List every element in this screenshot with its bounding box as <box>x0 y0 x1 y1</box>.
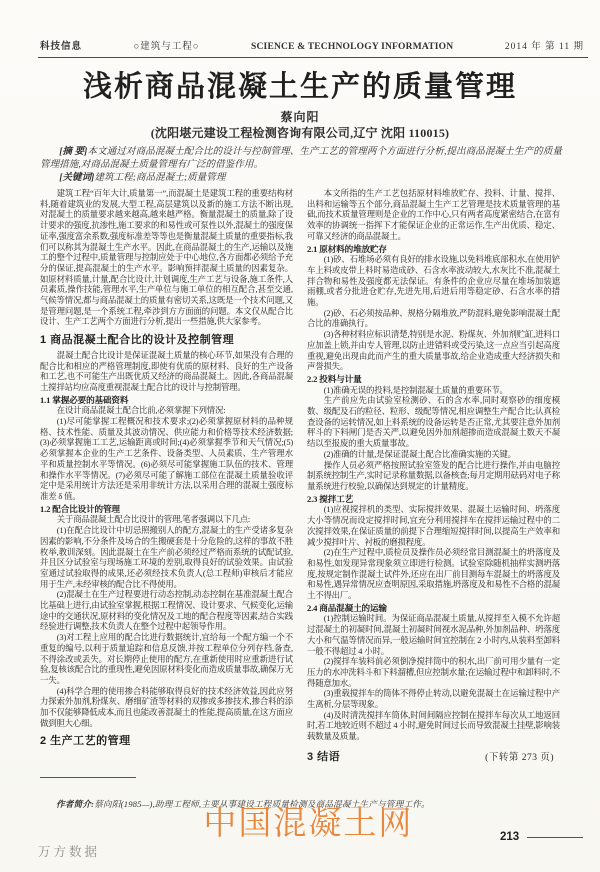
conclusion-row: 3 结语 (下转第 273 页) <box>307 752 560 764</box>
section-heading: 2.4 商品混凝土的运输 <box>307 603 560 614</box>
paragraph: (3)对工程上应用的配合比进行数据统计,宜给每一个配方编一个不重复的编号,以利于… <box>40 633 293 687</box>
continuation-note: (下转第 273 页) <box>485 753 554 764</box>
page-header: 科技信息 ○建筑与工程○ SCIENCE & TECHNOLOGY INFORM… <box>40 38 584 52</box>
section-heading: 2.3 搅拌工艺 <box>307 494 560 505</box>
article-title: 浅析商品混凝土生产的质量管理 <box>0 64 600 105</box>
abstract-block: [摘 要]本文通过对商品混凝土配合比的设计与控制管理、生产工艺的管理两个方面进行… <box>40 146 562 184</box>
abstract-text: 本文通过对商品混凝土配合比的设计与控制管理、生产工艺的管理两个方面进行分析,提出… <box>40 146 562 170</box>
footnote-divider <box>40 777 136 778</box>
paragraph: 操作人员必须严格按照试验室签发的配合比进行操作,并由电脑控制系统控制生产,实时记… <box>307 461 560 493</box>
paragraph: (2)混凝土在生产过程要进行动态控制,动态控制在基准混凝土配合比基础上进行,由试… <box>40 590 293 633</box>
paragraph: (1)控制运输时间。为保证商品混凝土质量,从搅拌至入模不允许超过混凝土的初凝时间… <box>307 614 560 657</box>
journal-name-cn: 科技信息 <box>40 38 82 52</box>
paragraph: (3)各种材料应标识清楚,特别是水泥、粉煤灰、外加剂贮缸,进料口应加盖上锁,并由… <box>307 330 560 373</box>
journal-name-en: SCIENCE & TECHNOLOGY INFORMATION <box>251 42 453 52</box>
site-watermark: 中国混凝土网 <box>203 797 413 844</box>
author-name: 蔡向阳 <box>0 108 600 125</box>
abstract: [摘 要]本文通过对商品混凝土配合比的设计与控制管理、生产工艺的管理两个方面进行… <box>40 146 562 172</box>
paragraph: 本文所指的生产工艺包括原材料堆放贮存、投料、计量、搅拌、出料和运输等五个部分,商… <box>307 189 560 243</box>
paragraph: 混凝土配合比设计是保证混凝土质量的核心环节,如果没有合理的配合比和相应的严格管理… <box>40 351 293 394</box>
author-affiliation: (沈阳堪元建设工程检测咨询有限公司,辽宁 沈阳 110015) <box>0 124 600 141</box>
journal-page: 科技信息 ○建筑与工程○ SCIENCE & TECHNOLOGY INFORM… <box>0 0 600 872</box>
keywords: [关键词]建筑工程;商品混凝土;质量管理 <box>40 172 562 185</box>
paragraph: 建筑工程“百年大计,质量第一”,而混凝土是建筑工程的重要结构材料,随着建筑业的发… <box>40 189 293 328</box>
paragraph: (2)在生产过程中,质检员及操作员必须经常目测混凝土的坍落度及和易性,如发现异常… <box>307 548 560 602</box>
section-column-mark: ○建筑与工程○ <box>134 38 200 52</box>
paragraph: (1)准确无误的投料,是控制混凝土质量的重要环节。 <box>307 386 560 397</box>
paragraph: (3)重载搅拌车的筒体不得停止转动,以避免混凝土在运输过程中产生离析,分层等现象… <box>307 689 560 710</box>
page-number-rule <box>527 837 583 838</box>
conclusion-heading: 3 结语 <box>307 752 340 763</box>
section-heading: 2 生产工艺的管理 <box>40 736 293 747</box>
left-column: 建筑工程“百年大计,质量第一”,而混凝土是建筑工程的重要结构材料,随着建筑业的发… <box>40 189 293 764</box>
right-column-blocks: 本文所指的生产工艺包括原材料堆放贮存、投料、计量、搅拌、出料和运输等五个部分,商… <box>307 189 560 743</box>
keywords-text: 建筑工程;商品混凝土;质量管理 <box>94 172 225 183</box>
paragraph: (1)砂、石堆场必须有良好的排水设施,以免料堆底部积水,在使用铲车上料或皮带上料… <box>307 255 560 309</box>
footnote-label: 作者简介: <box>56 799 94 809</box>
section-heading: 1.1 掌握必要的基础资料 <box>40 395 293 406</box>
right-column: 本文所指的生产工艺包括原材料堆放贮存、投料、计量、搅拌、出料和运输等五个部分,商… <box>307 189 560 764</box>
paragraph: (4)及时清洗搅拌车筒体,时间间隔应控制在搅拌车每次从工地返回时,若工地较近则不… <box>307 711 560 743</box>
paragraph: (1)应视搅拌机的类型、实际搅拌效果、混凝土运输时间、坍落度大小等情况而设定搅拌… <box>307 505 560 548</box>
paragraph: (2)准确的计量,是保证混凝土配合比准确实施的关键。 <box>307 450 560 461</box>
issue-info: 2014 年 第 11 期 <box>505 38 584 52</box>
section-heading: 2.1 原材料的堆放贮存 <box>307 244 560 255</box>
paragraph: 在设计商品混凝土配合比前,必须掌握下列情况: <box>40 406 293 417</box>
paragraph: (2)搅拌车装料前必须倒净搅拌筒中的积水,出厂前可用少量有一定压力的水冲洗料斗和… <box>307 657 560 689</box>
wanfang-data-mark: 万方数据 <box>38 842 100 860</box>
abstract-label: [摘 要] <box>59 146 87 157</box>
page-number-block: 213 <box>500 831 583 843</box>
paragraph: (2)砂、石必须按品种、规格分隔堆放,严防混料,避免影响混凝土配合比的准确执行。 <box>307 309 560 330</box>
paragraph: (1)在配合比设计中切忌照搬别人的配方,混凝土的生产受诸多复杂因素的影响,不分条… <box>40 526 293 590</box>
section-heading: 2.2 投料与计量 <box>307 374 560 385</box>
section-heading: 1 商品混凝土配合比的设计及控制管理 <box>40 335 293 346</box>
page-number: 213 <box>500 831 519 843</box>
paragraph: 关于商品混凝土配合比设计的管理,笔者强调以下几点: <box>40 515 293 526</box>
two-column-body: 建筑工程“百年大计,质量第一”,而混凝土是建筑工程的重要结构材料,随着建筑业的发… <box>40 189 560 764</box>
paragraph: 生产前应先由试验室检测砂、石的含水率,同时观察砂的细度模数、级配及石的粒径、粒形… <box>307 396 560 450</box>
header-divider <box>38 57 588 58</box>
section-heading: 1.2 配合比设计的管理 <box>40 504 293 515</box>
paragraph: (1)尽可能掌握工程概况和技术要求;(2)必须掌握原材料的品种规格、技术性能、质… <box>40 417 293 503</box>
paragraph: (4)科学合理的使用掺合料能够取得良好的技术经济效益,因此应努力探索外加剂,粉煤… <box>40 687 293 730</box>
keywords-label: [关键词] <box>59 172 94 183</box>
